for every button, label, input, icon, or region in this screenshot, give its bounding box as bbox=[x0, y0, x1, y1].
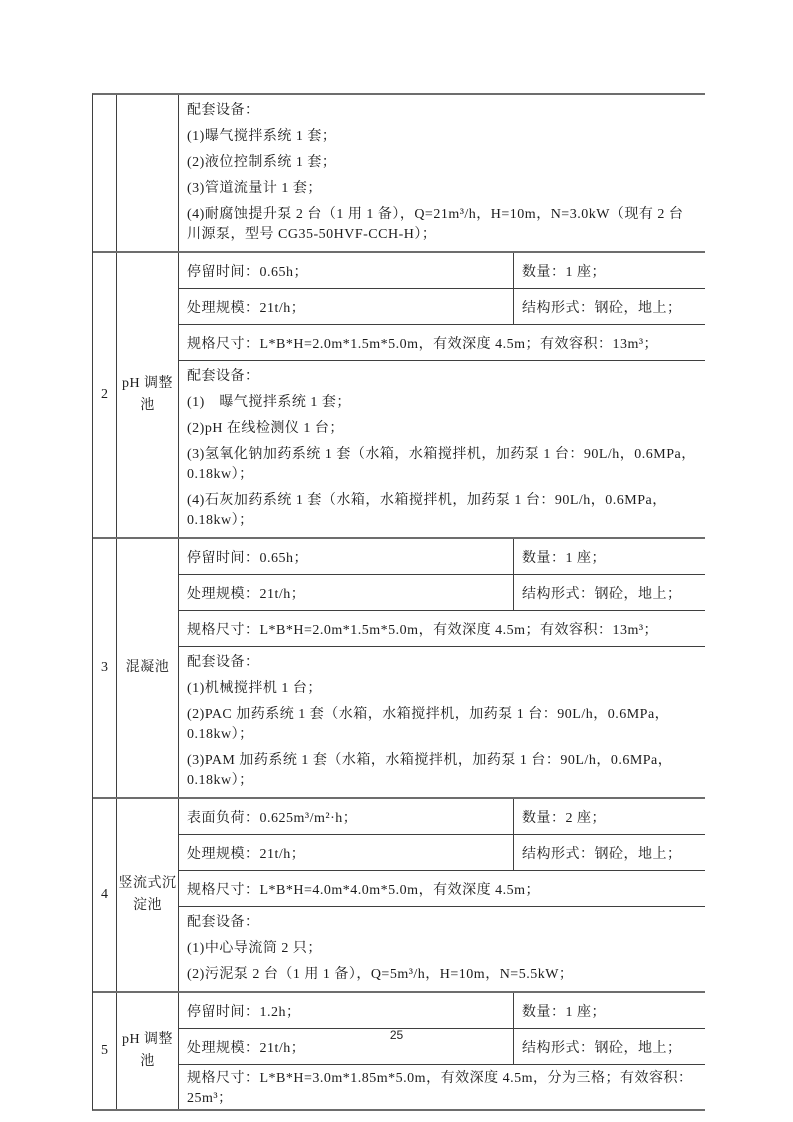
table-section-continuation: 配套设备： (1)曝气搅拌系统 1 套； (2)液位控制系统 1 套； (3)管… bbox=[93, 95, 705, 251]
section-name-cell: pH 调整池 bbox=[117, 253, 179, 537]
spec-row: 处理规模：21t/h； 结构形式：钢砼，地上； bbox=[179, 288, 705, 324]
equipment-list-header: 配套设备： bbox=[187, 653, 697, 673]
equipment-list-header: 配套设备： bbox=[187, 101, 697, 121]
section-content: 停留时间：1.2h； 数量：1 座； 处理规模：21t/h； 结构形式：钢砼，地… bbox=[179, 993, 705, 1109]
spec-cell-capacity: 处理规模：21t/h； bbox=[179, 289, 514, 324]
equipment-line: (1)曝气搅拌系统 1 套； bbox=[187, 127, 697, 147]
section-number-cell: 5 bbox=[93, 993, 117, 1109]
spec-cell-retention-time: 停留时间：0.65h； bbox=[179, 539, 514, 574]
equipment-list: 配套设备： (1)曝气搅拌系统 1 套； (2)液位控制系统 1 套； (3)管… bbox=[179, 95, 705, 251]
equipment-line: (2)污泥泵 2 台（1 用 1 备），Q=5m³/h，H=10m，N=5.5k… bbox=[187, 965, 697, 985]
equipment-list: 配套设备： (1)机械搅拌机 1 台； (2)PAC 加药系统 1 套（水箱，水… bbox=[179, 646, 705, 797]
equipment-line: (1)中心导流筒 2 只； bbox=[187, 939, 697, 959]
section-number-cell: 4 bbox=[93, 799, 117, 991]
section-content: 停留时间：0.65h； 数量：1 座； 处理规模：21t/h； 结构形式：钢砼，… bbox=[179, 253, 705, 537]
spec-row: 表面负荷：0.625m³/m²·h； 数量：2 座； bbox=[179, 799, 705, 834]
equipment-line: (2)PAC 加药系统 1 套（水箱，水箱搅拌机，加药泵 1 台：90L/h，0… bbox=[187, 705, 697, 745]
equipment-list-header: 配套设备： bbox=[187, 367, 697, 387]
table-section-vertical-sedimentation-tank: 4 竖流式沉淀池 表面负荷：0.625m³/m²·h； 数量：2 座； 处理规模… bbox=[93, 797, 705, 991]
spec-cell-dimensions: 规格尺寸：L*B*H=4.0m*4.0m*5.0m，有效深度 4.5m； bbox=[179, 870, 705, 906]
equipment-line: (4)石灰加药系统 1 套（水箱，水箱搅拌机，加药泵 1 台：90L/h，0.6… bbox=[187, 491, 697, 531]
section-number-cell bbox=[93, 95, 117, 251]
spec-row: 停留时间：0.65h； 数量：1 座； bbox=[179, 253, 705, 288]
spec-row: 停留时间：1.2h； 数量：1 座； bbox=[179, 993, 705, 1028]
spec-cell-surface-load: 表面负荷：0.625m³/m²·h； bbox=[179, 799, 514, 834]
section-content: 配套设备： (1)曝气搅拌系统 1 套； (2)液位控制系统 1 套； (3)管… bbox=[179, 95, 705, 251]
spec-cell-capacity: 处理规模：21t/h； bbox=[179, 835, 514, 870]
equipment-line: (1)机械搅拌机 1 台； bbox=[187, 679, 697, 699]
spec-cell-structure: 结构形式：钢砼，地上； bbox=[514, 575, 705, 610]
spec-cell-structure: 结构形式：钢砼，地上； bbox=[514, 835, 705, 870]
spec-cell-dimensions: 规格尺寸：L*B*H=3.0m*1.85m*5.0m，有效深度 4.5m，分为三… bbox=[179, 1064, 705, 1109]
equipment-line: (2)pH 在线检测仪 1 台； bbox=[187, 419, 697, 439]
spec-cell-retention-time: 停留时间：0.65h； bbox=[179, 253, 514, 288]
table-section-ph-adjust-tank-2: 5 pH 调整池 停留时间：1.2h； 数量：1 座； 处理规模：21t/h； … bbox=[93, 991, 705, 1109]
equipment-line: (2)液位控制系统 1 套； bbox=[187, 153, 697, 173]
equipment-line: (3)氢氧化钠加药系统 1 套（水箱，水箱搅拌机，加药泵 1 台：90L/h，0… bbox=[187, 445, 697, 485]
section-number-cell: 3 bbox=[93, 539, 117, 797]
spec-cell-quantity: 数量：1 座； bbox=[514, 993, 705, 1028]
spec-cell-capacity: 处理规模：21t/h； bbox=[179, 575, 514, 610]
equipment-line: (4)耐腐蚀提升泵 2 台（1 用 1 备），Q=21m³/h，H=10m，N=… bbox=[187, 205, 697, 245]
spec-cell-dimensions: 规格尺寸：L*B*H=2.0m*1.5m*5.0m，有效深度 4.5m；有效容积… bbox=[179, 610, 705, 646]
equipment-list-header: 配套设备： bbox=[187, 913, 697, 933]
section-name-cell bbox=[117, 95, 179, 251]
section-number-cell: 2 bbox=[93, 253, 117, 537]
spec-cell-retention-time: 停留时间：1.2h； bbox=[179, 993, 514, 1028]
section-content: 表面负荷：0.625m³/m²·h； 数量：2 座； 处理规模：21t/h； 结… bbox=[179, 799, 705, 991]
equipment-line: (3)管道流量计 1 套； bbox=[187, 179, 697, 199]
table-section-coagulation-tank: 3 混凝池 停留时间：0.65h； 数量：1 座； 处理规模：21t/h； 结构… bbox=[93, 537, 705, 797]
equipment-list: 配套设备： (1)中心导流筒 2 只； (2)污泥泵 2 台（1 用 1 备），… bbox=[179, 906, 705, 991]
equipment-line: (1) 曝气搅拌系统 1 套； bbox=[187, 393, 697, 413]
section-name-cell: 混凝池 bbox=[117, 539, 179, 797]
equipment-line: (3)PAM 加药系统 1 套（水箱，水箱搅拌机，加药泵 1 台：90L/h，0… bbox=[187, 751, 697, 791]
page-number: 25 bbox=[0, 1028, 793, 1042]
spec-row: 处理规模：21t/h； 结构形式：钢砼，地上； bbox=[179, 574, 705, 610]
spec-cell-quantity: 数量：1 座； bbox=[514, 539, 705, 574]
section-name-cell: 竖流式沉淀池 bbox=[117, 799, 179, 991]
spec-cell-dimensions: 规格尺寸：L*B*H=2.0m*1.5m*5.0m，有效深度 4.5m；有效容积… bbox=[179, 324, 705, 360]
spec-row: 停留时间：0.65h； 数量：1 座； bbox=[179, 539, 705, 574]
section-name-cell: pH 调整池 bbox=[117, 993, 179, 1109]
spec-cell-structure: 结构形式：钢砼，地上； bbox=[514, 289, 705, 324]
table-section-ph-adjust-tank: 2 pH 调整池 停留时间：0.65h； 数量：1 座； 处理规模：21t/h；… bbox=[93, 251, 705, 537]
section-content: 停留时间：0.65h； 数量：1 座； 处理规模：21t/h； 结构形式：钢砼，… bbox=[179, 539, 705, 797]
spec-row: 处理规模：21t/h； 结构形式：钢砼，地上； bbox=[179, 834, 705, 870]
spec-cell-quantity: 数量：1 座； bbox=[514, 253, 705, 288]
spec-cell-quantity: 数量：2 座； bbox=[514, 799, 705, 834]
equipment-list: 配套设备： (1) 曝气搅拌系统 1 套； (2)pH 在线检测仪 1 台； (… bbox=[179, 360, 705, 537]
equipment-spec-table: 配套设备： (1)曝气搅拌系统 1 套； (2)液位控制系统 1 套； (3)管… bbox=[92, 93, 705, 1111]
